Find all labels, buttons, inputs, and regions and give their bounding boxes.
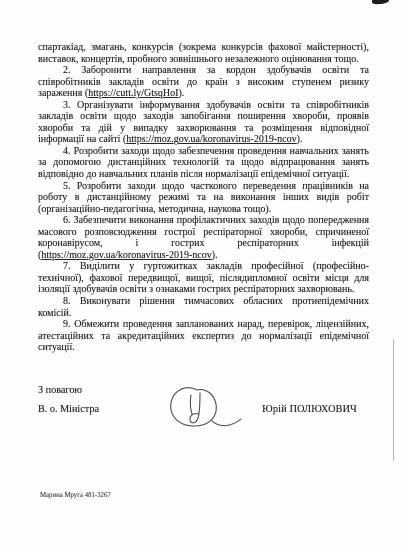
signature-handwritten — [167, 383, 245, 432]
document-body: спартакіад, змагань, конкурсів (зокрема … — [38, 42, 369, 354]
signer-title: В. о. Міністра — [38, 404, 99, 415]
document-link: https://moz.gov.ua/koronavirus-2019-ncov — [126, 134, 296, 145]
document-link: https://cutt.ly/GtsqHoI — [88, 88, 178, 99]
paragraph: 4. Розробити заходи щодо забезпечення пр… — [38, 146, 369, 181]
closing-salutation: З повагою — [38, 385, 82, 396]
scanned-letter-page: спартакіад, змагань, конкурсів (зокрема … — [0, 0, 401, 545]
paragraph: 6. Забезпечити виконання профілактичних … — [38, 215, 369, 261]
paragraph: 7. Виділити у гуртожитках закладів профе… — [38, 261, 369, 296]
paragraph: 3. Організувати інформування здобувачів … — [38, 100, 369, 146]
scan-artifact-line — [393, 339, 394, 461]
paragraph: 5. Розробити заходи щодо часткового пере… — [38, 181, 369, 216]
document-link: https://moz.gov.ua/koronavirus-2019-ncov — [41, 250, 211, 261]
paragraph: 2. Заборонити направлення за кордон здоб… — [38, 65, 369, 100]
footer-contact: Марина Мруга 481-3267 — [40, 492, 111, 499]
paragraph: спартакіад, змагань, конкурсів (зокрема … — [38, 42, 369, 65]
signer-name: Юрій ПОЛЮХОВИЧ — [262, 404, 357, 415]
corner-ink-mark — [372, 0, 389, 5]
paragraph: 9. Обмежити проведення запланованих нара… — [38, 319, 369, 354]
paragraph: 8. Виконувати рішення тимчасових обласни… — [38, 296, 369, 319]
